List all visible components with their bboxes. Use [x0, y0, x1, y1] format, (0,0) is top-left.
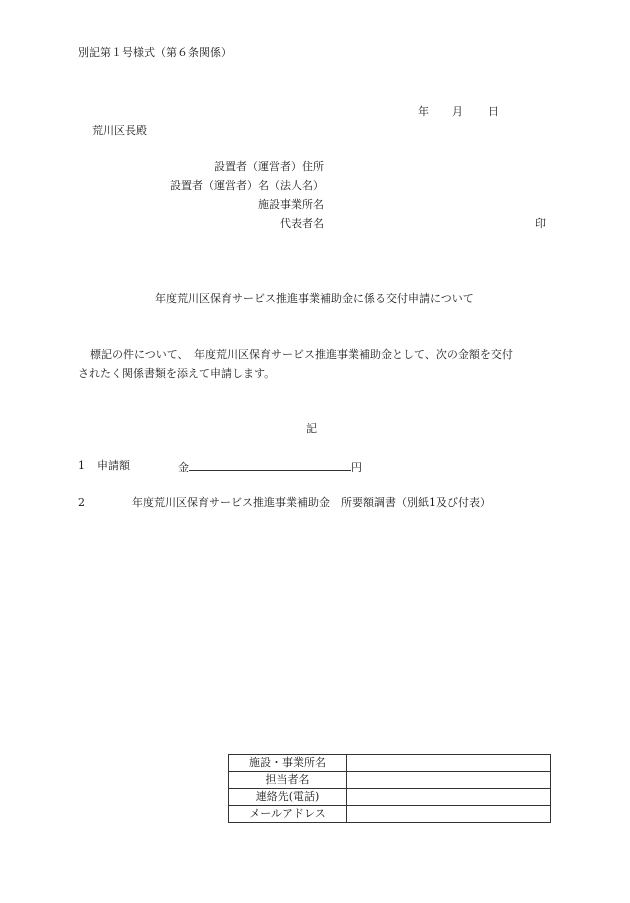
item2-text: 年度荒川区保育サービス推進事業補助金 所要額調書（別紙1及び付表）	[132, 496, 491, 510]
addressee: 荒川区長殿	[92, 124, 147, 138]
email-label-cell: メールアドレス	[229, 806, 347, 823]
item2-number: 2	[78, 496, 85, 510]
table-row: メールアドレス	[229, 806, 551, 823]
email-value-cell[interactable]	[347, 806, 551, 823]
phone-value-cell[interactable]	[347, 789, 551, 806]
phone-label-cell: 連絡先(電話)	[229, 789, 347, 806]
corporation-name-label: 設置者（運営者）名（法人名）	[170, 179, 324, 193]
document-title: 年度荒川区保育サービス推進事業補助金に係る交付申請について	[155, 292, 474, 306]
amount-suffix: 円	[351, 461, 362, 474]
amount-field[interactable]: 金円	[178, 459, 362, 475]
form-label: 別記第１号様式（第６条関係）	[78, 46, 232, 60]
address-label: 設置者（運営者）住所	[214, 160, 324, 174]
facility-label-cell: 施設・事業所名	[229, 755, 347, 772]
contact-person-label-cell: 担当者名	[229, 772, 347, 789]
seal-mark: 印	[535, 217, 546, 231]
facility-value-cell[interactable]	[347, 755, 551, 772]
facility-name-label: 施設事業所名	[258, 198, 324, 212]
body-line-2: されたく関係書類を添えて申請します。	[78, 367, 275, 381]
date-month: 月	[452, 105, 463, 119]
date-day: 日	[488, 105, 499, 119]
contact-person-value-cell[interactable]	[347, 772, 551, 789]
table-row: 施設・事業所名	[229, 755, 551, 772]
ki-heading: 記	[306, 422, 317, 436]
contact-table: 施設・事業所名 担当者名 連絡先(電話) メールアドレス	[228, 754, 551, 823]
table-row: 担当者名	[229, 772, 551, 789]
item1-label: 申請額	[97, 459, 130, 473]
table-row: 連絡先(電話)	[229, 789, 551, 806]
amount-prefix: 金	[178, 461, 189, 474]
amount-blank-line[interactable]	[189, 459, 351, 471]
representative-label: 代表者名	[280, 217, 324, 231]
date-year: 年	[418, 105, 429, 119]
item1-number: 1	[78, 459, 85, 473]
body-line-1: 標記の件について、 年度荒川区保育サービス推進事業補助金として、次の金額を交付	[90, 348, 513, 362]
